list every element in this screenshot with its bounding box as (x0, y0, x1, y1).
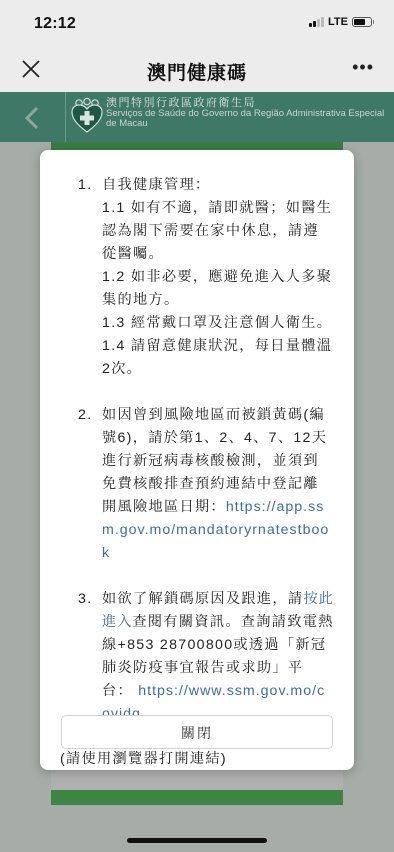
status-indicators: LTE (309, 16, 372, 28)
health-logo-icon (70, 97, 104, 140)
network-type: LTE (328, 16, 348, 28)
card-header-strip (51, 142, 343, 150)
subitem-1-1: 1.1 如有不適，請即就醫；如醫生認為閣下需要在家中休息，請遵從醫囑。 (102, 197, 334, 266)
close-dialog-button[interactable]: 關閉 (61, 715, 333, 749)
org-name: 澳門特別行政區政府衛生局 Serviços de Saúde do Govern… (106, 97, 390, 129)
card-footer-green (51, 790, 343, 805)
subitem-1-3: 1.3 經常戴口罩及注意個人衛生。 (102, 312, 334, 335)
home-indicator[interactable] (127, 838, 267, 843)
subitem-1-4: 1.4 請留意健康狀況，每日量體溫2次。 (102, 335, 334, 381)
more-menu-icon[interactable]: ••• (352, 57, 374, 78)
app-header: 澳門特別行政區政府衛生局 Serviços de Saúde do Govern… (0, 92, 394, 142)
org-name-pt: Serviços de Saúde do Governo da Região A… (106, 109, 390, 129)
back-button[interactable] (0, 92, 66, 142)
chevron-left-icon (22, 106, 42, 130)
dialog-content: 1. 自我健康管理： 1.1 如有不適，請即就醫；如醫生認為閣下需要在家中休息，… (40, 174, 354, 771)
signal-icon (309, 17, 324, 27)
subitem-1-2: 1.2 如非必要，應避免進入人多聚集的地方。 (102, 266, 334, 312)
nav-bar: 澳門健康碼 ••• (0, 46, 394, 92)
status-bar: 12:12 LTE (0, 0, 394, 46)
advice-item-1: 1. 自我健康管理： 1.1 如有不適，請即就醫；如醫生認為閣下需要在家中休息，… (40, 174, 354, 381)
card-footer-gray (51, 770, 343, 790)
battery-icon (352, 17, 372, 27)
advice-item-2: 2. 如因曾到風險地區而被鎖黃碼(編號6)，請於第1、2、4、7、12天進行新冠… (40, 404, 354, 565)
page-title: 澳門健康碼 (0, 58, 394, 85)
item-number: 1. (78, 174, 92, 197)
item-number: 3. (78, 588, 92, 611)
browser-note: (請使用瀏覽器打開連結) (40, 748, 354, 771)
health-advice-dialog: 1. 自我健康管理： 1.1 如有不適，請即就醫；如醫生認為閣下需要在家中休息，… (40, 150, 354, 770)
advice-item-3: 3. 如欲了解鎖碼原因及跟進，請按此進入查閱有關資訊。查詢請致電熱線+853 2… (40, 588, 354, 726)
item-heading: 自我健康管理： (102, 174, 334, 197)
item-text-before: 如欲了解鎖碼原因及跟進，請 (102, 591, 303, 607)
item-number: 2. (78, 404, 92, 427)
status-time: 12:12 (34, 15, 76, 33)
